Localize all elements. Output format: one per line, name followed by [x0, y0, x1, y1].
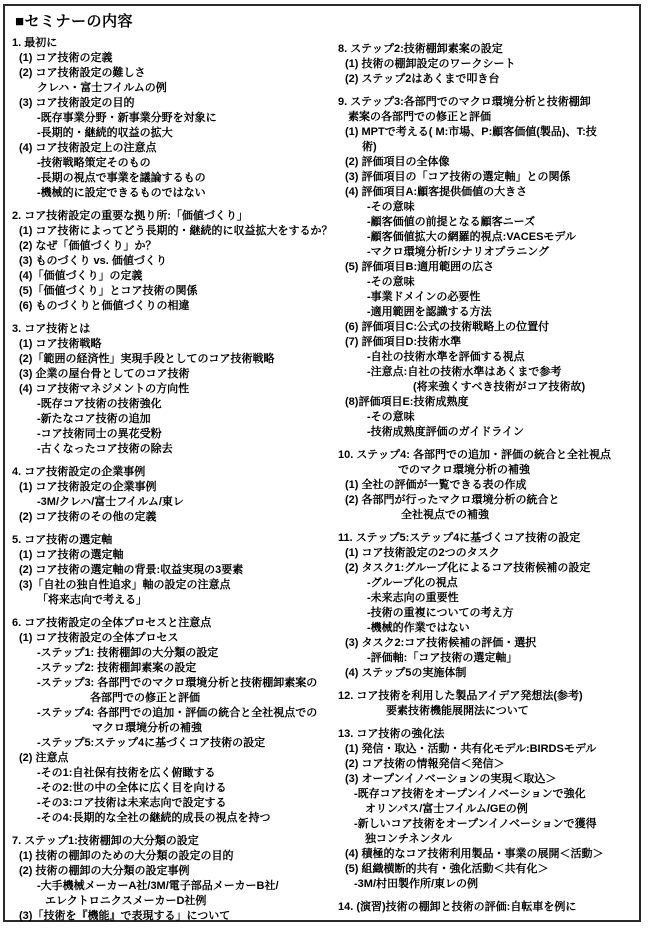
content-line: -機械的に設定できるものではない: [12, 186, 336, 201]
content-line: (3)「技術を『機能』で表現する」について: [12, 909, 336, 924]
content-line: -既存コア技術をオープンイノベーションで強化: [338, 787, 638, 802]
content-line: -その意味: [338, 200, 638, 215]
content-line: (5)「価値づくり」とコア技術の関係: [12, 284, 336, 299]
content-line: -長期的・継続的収益の拡大: [12, 126, 336, 141]
content-line: -既存事業分野・新事業分野を対象に: [12, 111, 336, 126]
content-line: (3) 評価項目の「コア技術の選定軸」との関係: [338, 170, 638, 185]
content-line: 2. コア技術設定の重要な拠り所:「価値づくり」: [12, 209, 336, 224]
content-line: (3)「自社の独自性追求」軸の設定の注意点: [12, 578, 336, 593]
content-line: エレクトロニクスメーカーD社例: [12, 894, 336, 909]
content-line: (2) 各部門が行ったマクロ環境分析の統合と: [338, 493, 638, 508]
content-line: (2) コア技術設定の難しさ: [12, 66, 336, 81]
content-line: (5) 評価項目B:適用範囲の広さ: [338, 260, 638, 275]
content-line: (2) 注意点: [12, 751, 336, 766]
content-line: -3M/村田製作所/東レの例: [338, 877, 638, 892]
content-line: クレハ・富士フイルムの例: [12, 81, 336, 96]
content-line: (1) 技術の棚卸のための大分類の設定の目的: [12, 849, 336, 864]
content-line: -その意味: [338, 410, 638, 425]
content-line: (6) 評価項目C:公式の技術戦略上の位置付: [338, 320, 638, 335]
content-line: -コア技術同士の異花受粉: [12, 427, 336, 442]
content-line: -その4:長期的な全社の継続的成長の視点を持つ: [12, 811, 336, 826]
line-spacer: [338, 892, 638, 900]
content-line: -グループ化の視点: [338, 576, 638, 591]
content-line: 9. ステップ3:各部門でのマクロ環境分析と技術棚卸: [338, 95, 638, 110]
page-title: ■セミナーの内容: [12, 12, 336, 32]
right-column-lines: 8. ステップ2:技術棚卸素案の設定(1) 技術の棚卸設定のワークシート(2) …: [338, 42, 638, 915]
content-line: (4) コア技術マネジメントの方向性: [12, 382, 336, 397]
content-line: (4)「価値づくり」の定義: [12, 269, 336, 284]
left-column: ■セミナーの内容 1. 最初に(1) コア技術の定義(2) コア技術設定の難しさ…: [12, 12, 336, 924]
content-line: (1) 技術の棚卸設定のワークシート: [338, 57, 638, 72]
content-line: (2) タスク1:グループ化によるコア技術候補の設定: [338, 561, 638, 576]
content-line: 4. コア技術設定の企業事例: [12, 465, 336, 480]
content-line: 素案の各部門での修正と評価: [338, 110, 638, 125]
content-line: 11. ステップ5:ステップ4に基づくコア技術の設定: [338, 531, 638, 546]
content-line: -古くなったコア技術の除去: [12, 442, 336, 457]
content-line: 1. 最初に: [12, 36, 336, 51]
content-line: -技術成熟度評価のガイドライン: [338, 425, 638, 440]
content-line: -注意点:自社の技術水準はあくまで参考: [338, 365, 638, 380]
content-line: (1) コア技術設定の企業事例: [12, 480, 336, 495]
content-line: 「将来志向で考える」: [12, 593, 336, 608]
content-line: -未来志向の重要性: [338, 591, 638, 606]
content-line: (3) タスク2:コア技術候補の評価・選択: [338, 636, 638, 651]
content-line: -その意味: [338, 275, 638, 290]
content-line: でのマクロ環境分析の補強: [338, 463, 638, 478]
content-line: (2) 評価項目の全体像: [338, 155, 638, 170]
content-line: -ステップ1: 技術棚卸の大分類の設定: [12, 646, 336, 661]
content-line: (7) 評価項目D:技術水準: [338, 335, 638, 350]
content-line: 7. ステップ1:技術棚卸の大分類の設定: [12, 834, 336, 849]
content-line: -顧客価値拡大の網羅的視点:VACESモデル: [338, 230, 638, 245]
content-line: (4) 積極的なコア技術利用製品・事業の展開＜活動＞: [338, 847, 638, 862]
content-line: (1) 全社の評価が一覧できる表の作成: [338, 478, 638, 493]
content-line: (2)「範囲の経済性」実現手段としてのコア技術戦略: [12, 352, 336, 367]
content-line: -その2:世の中の全体に広く目を向ける: [12, 781, 336, 796]
content-line: (5) 組織横断的共有・強化活動＜共有化＞: [338, 862, 638, 877]
content-line: -評価軸:「コア技術の選定軸」: [338, 651, 638, 666]
line-spacer: [12, 525, 336, 533]
content-line: (6) ものづくりと価値づくりの相違: [12, 299, 336, 314]
right-column: 8. ステップ2:技術棚卸素案の設定(1) 技術の棚卸設定のワークシート(2) …: [338, 42, 638, 915]
line-spacer: [338, 681, 638, 689]
line-spacer: [338, 87, 638, 95]
line-spacer: [12, 201, 336, 209]
content-line: (2) コア技術のその他の定義: [12, 510, 336, 525]
content-line: (3) 企業の屋台骨としてのコア技術: [12, 367, 336, 382]
content-line: -機械的作業ではない: [338, 621, 638, 636]
content-line: -ステップ5:ステップ4に基づくコア技術の設定: [12, 736, 336, 751]
content-line: 術): [338, 140, 638, 155]
content-line: -既存コア技術の技術強化: [12, 397, 336, 412]
content-line: -ステップ3: 各部門でのマクロ環境分析と技術棚卸素案の: [12, 676, 336, 691]
content-line: 全社視点での補強: [338, 508, 638, 523]
content-line: (1) コア技術設定の全体プロセス: [12, 631, 336, 646]
content-line: -新しいコア技術をオープンイノベーションで獲得: [338, 817, 638, 832]
content-line: (3) ものづくり vs. 価値づくり: [12, 254, 336, 269]
line-spacer: [338, 440, 638, 448]
content-line: (4) 評価項目A:顧客提供価値の大きさ: [338, 185, 638, 200]
content-line: 14. (演習)技術の棚卸と技術の評価:自転車を例に: [338, 900, 638, 915]
content-line: (4) コア技術設定上の注意点: [12, 141, 336, 156]
content-line: (1) コア技術の定義: [12, 51, 336, 66]
seminar-contents-page: ■セミナーの内容 1. 最初に(1) コア技術の定義(2) コア技術設定の難しさ…: [3, 4, 641, 922]
content-line: 要素技術機能展開法について: [338, 704, 638, 719]
content-line: (8)評価項目E:技術成熟度: [338, 395, 638, 410]
content-line: -事業ドメインの必要性: [338, 290, 638, 305]
content-line: -マクロ環境分析/シナリオプラニング: [338, 245, 638, 260]
line-spacer: [12, 826, 336, 834]
line-spacer: [12, 608, 336, 616]
content-line: -ステップ4: 各部門での追加・評価の統合と全社視点での: [12, 706, 336, 721]
line-spacer: [12, 457, 336, 465]
content-line: (1) コア技術の選定軸: [12, 548, 336, 563]
content-line: -新たなコア技術の追加: [12, 412, 336, 427]
content-line: -その3:コア技術は未来志向で設定する: [12, 796, 336, 811]
content-line: (将来強くすべき技術がコア技術故): [338, 380, 638, 395]
content-line: 独コンチネンタル: [338, 832, 638, 847]
content-line: -技術戦略策定そのもの: [12, 156, 336, 171]
content-line: (2) なぜ「価値づくり」か？: [12, 239, 336, 254]
content-line: 各部門での修正と評価: [12, 691, 336, 706]
content-line: オリンパス/富士フイルム/GEの例: [338, 802, 638, 817]
content-line: マクロ環境分析の補強: [12, 721, 336, 736]
content-line: (3) オープンイノベーションの実現＜取込＞: [338, 772, 638, 787]
content-line: 12. コア技術を利用した製品アイデア発想法(参考): [338, 689, 638, 704]
content-line: (2) 技術の棚卸の大分類の設定事例: [12, 864, 336, 879]
content-line: 8. ステップ2:技術棚卸素案の設定: [338, 42, 638, 57]
content-line: (1) コア技術設定の2つのタスク: [338, 546, 638, 561]
content-line: (2) コア技術の情報発信＜発信＞: [338, 757, 638, 772]
content-line: 3. コア技術とは: [12, 322, 336, 337]
content-line: 10. ステップ4: 各部門での追加・評価の統合と全社視点: [338, 448, 638, 463]
content-line: (2) ステップ2はあくまで叩き台: [338, 72, 638, 87]
content-line: (1) コア技術によってどう長期的・継続的に収益拡大をするか？: [12, 224, 336, 239]
content-line: 6. コア技術設定の全体プロセスと注意点: [12, 616, 336, 631]
content-line: (2) コア技術の選定軸の背景:収益実現の3要素: [12, 563, 336, 578]
content-line: 13. コア技術の強化法: [338, 727, 638, 742]
line-spacer: [12, 314, 336, 322]
content-line: (1) 発信・取込・活動・共有化モデル:BIRDSモデル: [338, 742, 638, 757]
content-line: -技術の重複についての考え方: [338, 606, 638, 621]
content-line: -ステップ2: 技術棚卸素案の設定: [12, 661, 336, 676]
line-spacer: [338, 523, 638, 531]
content-line: -長期の視点で事業を議論するもの: [12, 171, 336, 186]
line-spacer: [338, 719, 638, 727]
content-line: -その1:自社保有技術を広く俯瞰する: [12, 766, 336, 781]
content-line: (1) コア技術戦略: [12, 337, 336, 352]
content-line: -自社の技術水準を評価する視点: [338, 350, 638, 365]
content-line: (3) コア技術設定の目的: [12, 96, 336, 111]
content-line: (4) ステップ5の実施体制: [338, 666, 638, 681]
content-line: -大手機械メーカーA社/3M/電子部品メーカーB社/: [12, 879, 336, 894]
left-column-lines: 1. 最初に(1) コア技術の定義(2) コア技術設定の難しさクレハ・富士フイル…: [12, 36, 336, 924]
content-line: (1) MPTで考える( M:市場、P:顧客価値(製品)、T:技: [338, 125, 638, 140]
content-line: -3M/クレハ/富士フイルム/東レ: [12, 495, 336, 510]
content-line: 5. コア技術の選定軸: [12, 533, 336, 548]
content-line: -適用範囲を認識する方法: [338, 305, 638, 320]
content-line: -顧客価値の前提となる顧客ニーズ: [338, 215, 638, 230]
